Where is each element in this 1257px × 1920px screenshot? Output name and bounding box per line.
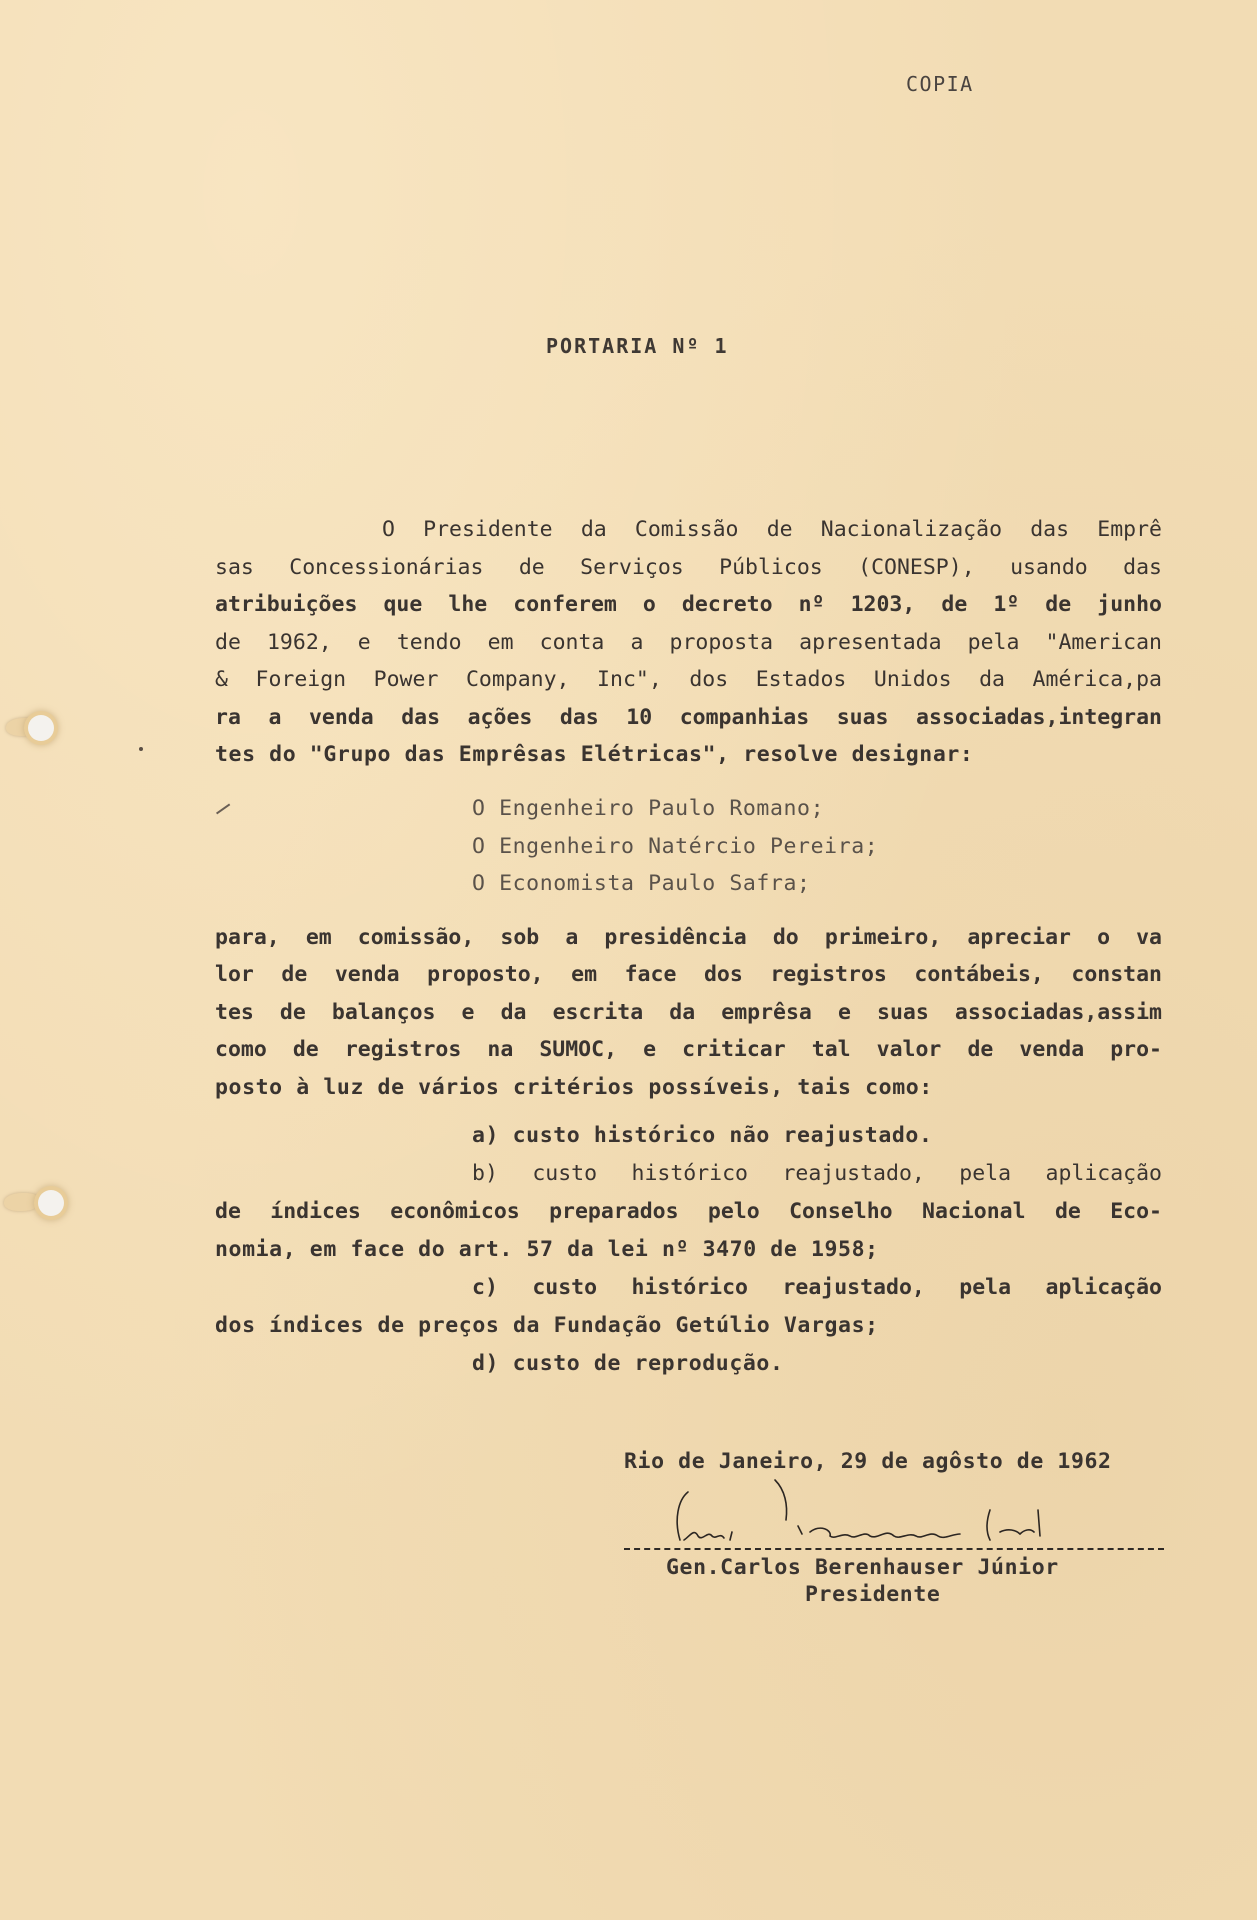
paragraph2-line: posto à luz de vários critérios possívei…: [215, 1077, 933, 1099]
paragraph1-line: atribuições que lhe conferem o decreto n…: [215, 594, 1162, 616]
paragraph2-line: lor de venda proposto, em face dos regis…: [215, 964, 1162, 986]
criterion-b: b) custo histórico reajustado, pela apli…: [472, 1163, 1162, 1185]
paragraph1-line: de 1962, e tendo em conta a proposta apr…: [215, 632, 1162, 654]
criterion-c: c) custo histórico reajustado, pela apli…: [472, 1277, 1162, 1299]
pencil-mark: [216, 804, 230, 814]
paragraph1-line: ra a venda das ações das 10 companhias s…: [215, 707, 1162, 729]
designee-item: O Engenheiro Paulo Romano;: [472, 798, 824, 820]
document-page: COPIA PORTARIA Nº 1 O Presidente da Comi…: [0, 0, 1257, 1920]
copy-stamp: COPIA: [906, 73, 974, 95]
signature-line: [624, 1548, 1164, 1550]
document-title: PORTARIA Nº 1: [546, 335, 729, 357]
criterion-b-continuation: de índices econômicos preparados pelo Co…: [215, 1201, 1162, 1223]
designee-item: O Economista Paulo Safra;: [472, 873, 811, 895]
criterion-a: a) custo histórico não reajustado.: [472, 1125, 933, 1147]
paragraph1-line: tes do "Grupo das Emprêsas Elétricas", r…: [215, 744, 973, 766]
punch-hole-tear-bottom: [4, 1193, 40, 1211]
paragraph1-line: O Presidente da Comissão de Nacionalizaç…: [382, 519, 1162, 541]
ink-speck: [139, 747, 143, 751]
criterion-b-continuation: nomia, em face do art. 57 da lei nº 3470…: [215, 1239, 879, 1261]
paragraph1-line: & Foreign Power Company, Inc", dos Estad…: [215, 669, 1162, 691]
paragraph2-line: para, em comissão, sob a presidência do …: [215, 927, 1162, 949]
handwritten-signature: [660, 1470, 1160, 1550]
paragraph1-line: sas Concessionárias de Serviços Públicos…: [215, 557, 1162, 579]
designee-item: O Engenheiro Natércio Pereira;: [472, 836, 878, 858]
signatory-name: Gen.Carlos Berenhauser Júnior: [666, 1557, 1059, 1579]
criterion-d: d) custo de reprodução.: [472, 1353, 784, 1375]
criterion-c-continuation: dos índices de preços da Fundação Getúli…: [215, 1315, 879, 1337]
punch-hole-bottom: [38, 1190, 64, 1216]
signatory-title: Presidente: [805, 1584, 940, 1606]
punch-hole-top: [28, 715, 54, 741]
paragraph2-line: tes de balanços e da escrita da emprêsa …: [215, 1002, 1162, 1024]
paragraph2-line: como de registros na SUMOC, e criticar t…: [215, 1039, 1162, 1061]
